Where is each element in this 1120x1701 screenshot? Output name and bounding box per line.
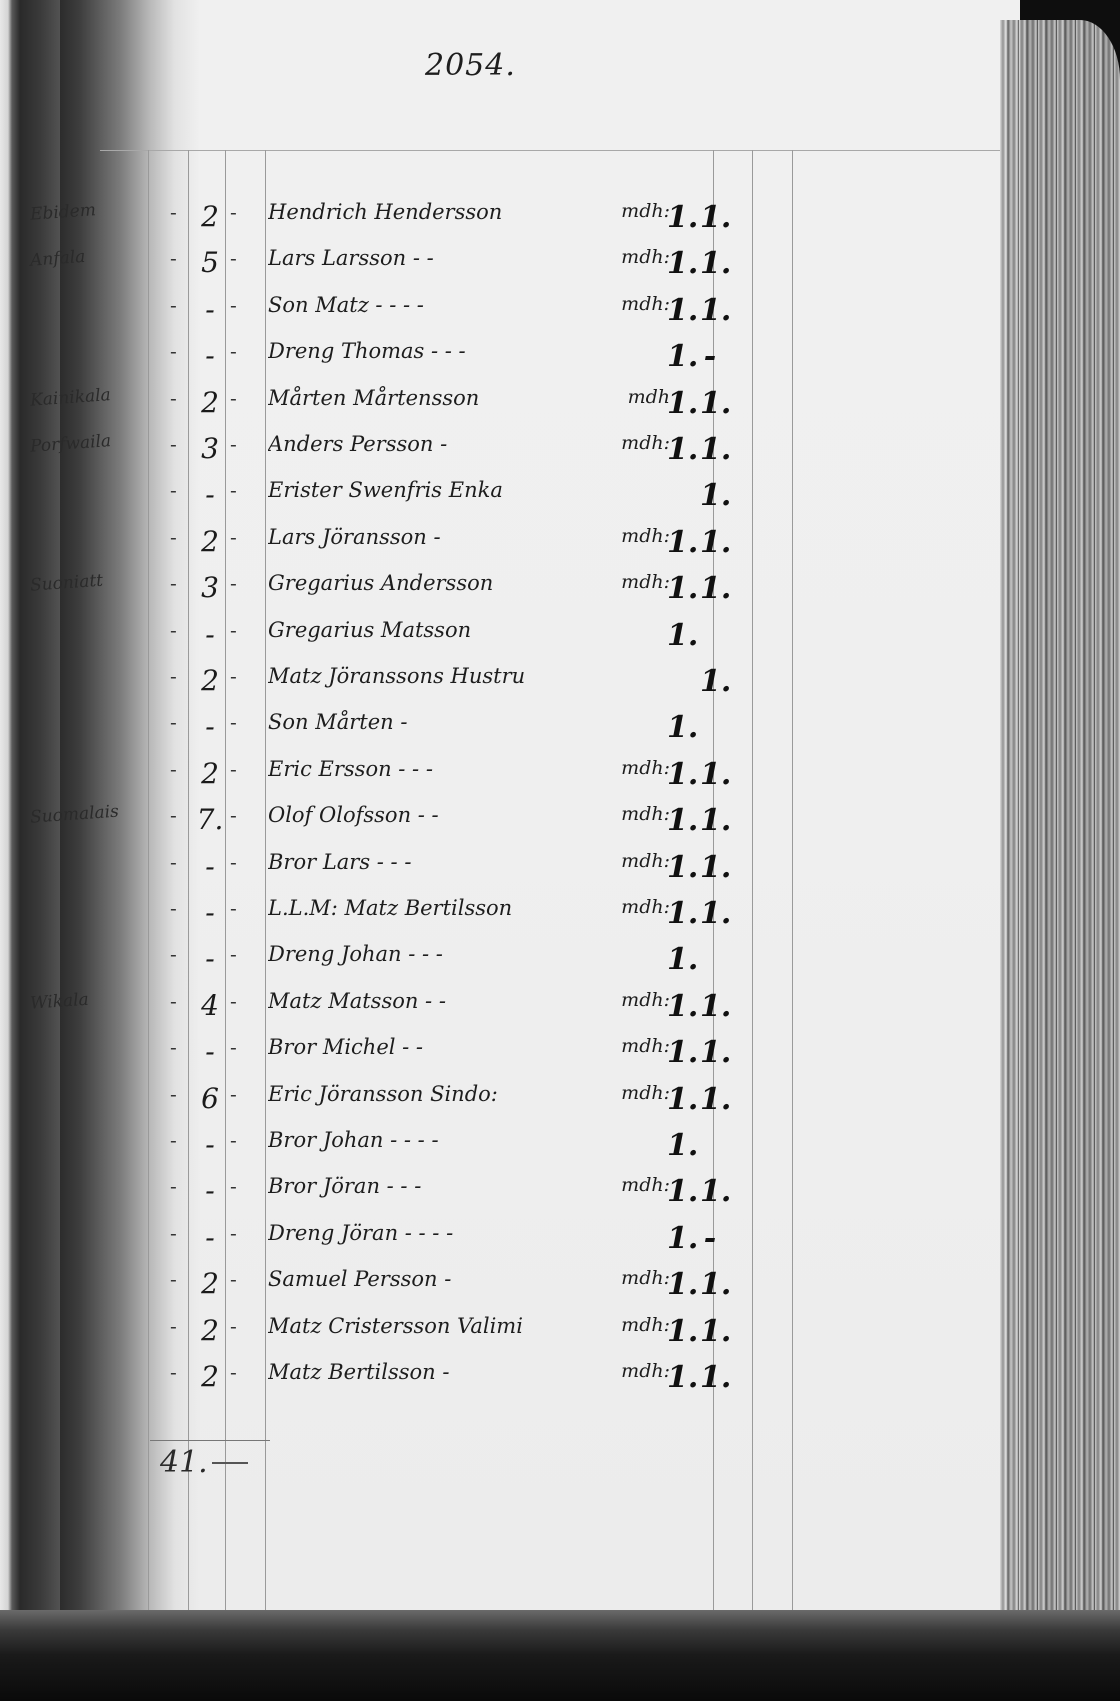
tally-mark-1: 1. <box>667 1035 687 1070</box>
tally-mark-1: 1. <box>667 1128 687 1163</box>
tally-mark-2: 1. <box>700 386 720 421</box>
dash-separator: - <box>230 478 237 502</box>
total-rule <box>150 1440 270 1441</box>
household-count: - <box>195 1174 225 1207</box>
person-name: Bror Johan - - - - <box>268 1128 628 1152</box>
marital-status: mdh: <box>585 896 670 918</box>
household-count: 7. <box>195 803 225 836</box>
page-fore-edge <box>1000 20 1120 1620</box>
tally-mark-1: 1. <box>667 1314 687 1349</box>
table-row: ---Dreng Thomas - - -1.- <box>0 339 1000 375</box>
tally-mark-2: 1. <box>700 664 720 699</box>
household-count: 2 <box>195 1267 225 1300</box>
table-row: --2Samuel Persson -mdh:1.1. <box>0 1267 1000 1303</box>
tally-mark-2: - <box>700 1221 720 1256</box>
table-row: --6Eric Jöransson Sindo:mdh:1.1. <box>0 1082 1000 1118</box>
tally-mark-2: 1. <box>700 200 720 235</box>
table-row: ---Bror Johan - - - -1. <box>0 1128 1000 1164</box>
marital-status: mdh: <box>585 1035 670 1057</box>
page-bottom-edge <box>0 1610 1120 1701</box>
tally-mark-2: 1. <box>700 1174 720 1209</box>
table-row: --2Lars Jöransson -mdh:1.1. <box>0 525 1000 561</box>
household-count: 2 <box>195 664 225 697</box>
person-name: Matz Jöranssons Hustru <box>268 664 628 688</box>
person-name: Samuel Persson - <box>268 1267 628 1291</box>
household-count: - <box>195 339 225 372</box>
dash-separator: - <box>230 664 237 688</box>
dash-separator: - <box>230 386 237 410</box>
table-row: ---Bror Michel - -mdh:1.1. <box>0 1035 1000 1071</box>
household-count: - <box>195 618 225 651</box>
table-row: ---Dreng Johan - - -1. <box>0 942 1000 978</box>
dash-separator: - <box>170 850 177 874</box>
household-count: - <box>195 293 225 326</box>
dash-separator: - <box>170 293 177 317</box>
marital-status: mdh: <box>585 525 670 547</box>
household-count: 6 <box>195 1082 225 1115</box>
person-name: Gregarius Matsson <box>268 618 628 642</box>
tally-mark-2: 1. <box>700 1082 720 1117</box>
tally-mark-1: 1. <box>667 989 687 1024</box>
dash-separator: - <box>230 200 237 224</box>
household-count: 2 <box>195 1360 225 1393</box>
tally-mark-1: 1. <box>667 571 687 606</box>
tally-mark-1: 1. <box>667 339 687 374</box>
table-row: --2Matz Cristersson Valimimdh:1.1. <box>0 1314 1000 1350</box>
table-row: ---Bror Jöran - - -mdh:1.1. <box>0 1174 1000 1210</box>
dash-separator: - <box>170 246 177 270</box>
marital-status: mdh: <box>585 757 670 779</box>
dash-separator: - <box>230 246 237 270</box>
dash-separator: - <box>170 1267 177 1291</box>
table-row: --Anfala5Lars Larsson - -mdh:1.1. <box>0 246 1000 282</box>
person-name: Olof Olofsson - - <box>268 803 628 827</box>
table-row: ---Erister Swenfris Enka1. <box>0 478 1000 514</box>
tally-mark-1: 1. <box>667 386 687 421</box>
person-name: Hendrich Hendersson <box>268 200 628 224</box>
table-row: --Ebidem2Hendrich Henderssonmdh:1.1. <box>0 200 1000 236</box>
household-count: 2 <box>195 1314 225 1347</box>
household-count: - <box>195 850 225 883</box>
page-number: 2054. <box>425 48 516 83</box>
person-name: Dreng Johan - - - <box>268 942 628 966</box>
household-count: - <box>195 710 225 743</box>
tally-mark-1: 1. <box>667 432 687 467</box>
marital-status: mdh: <box>585 200 670 222</box>
marital-status: mdh: <box>585 571 670 593</box>
tally-mark-2: 1. <box>700 432 720 467</box>
marital-status: mdh: <box>585 432 670 454</box>
household-total: 41. <box>160 1445 208 1480</box>
marital-status: mdh: <box>585 1360 670 1382</box>
person-name: Son Matz - - - - <box>268 293 628 317</box>
household-count: 2 <box>195 386 225 419</box>
household-count: 5 <box>195 246 225 279</box>
person-name: Matz Cristersson Valimi <box>268 1314 628 1338</box>
place-name: Suoniatt <box>29 567 165 596</box>
table-row: --2Matz Jöranssons Hustru1. <box>0 664 1000 700</box>
household-count: - <box>195 1128 225 1161</box>
tally-mark-1: 1. <box>667 1267 687 1302</box>
dash-separator: - <box>170 989 177 1013</box>
person-name: Anders Persson - <box>268 432 628 456</box>
place-name: Suomalais <box>29 799 165 828</box>
dash-separator: - <box>230 1360 237 1384</box>
tally-mark-2: 1. <box>700 1035 720 1070</box>
dash-separator: - <box>230 1174 237 1198</box>
tally-mark-1: 1. <box>667 525 687 560</box>
tally-mark-1: 1. <box>667 246 687 281</box>
person-name: Lars Larsson - - <box>268 246 628 270</box>
marital-status: mdh: <box>585 850 670 872</box>
table-row: ---Bror Lars - - -mdh:1.1. <box>0 850 1000 886</box>
dash-separator: - <box>230 1035 237 1059</box>
dash-separator: - <box>170 1360 177 1384</box>
tally-mark-2: 1. <box>700 246 720 281</box>
person-name: L.L.M: Matz Bertilsson <box>268 896 628 920</box>
dash-separator: - <box>230 710 237 734</box>
tally-mark-2: 1. <box>700 757 720 792</box>
tally-mark-2: 1. <box>700 571 720 606</box>
marital-status: mdh <box>585 386 670 408</box>
tally-mark-1: 1. <box>667 803 687 838</box>
dash-separator: - <box>170 896 177 920</box>
dash-separator: - <box>230 757 237 781</box>
dash-separator: - <box>170 710 177 734</box>
dash-separator: - <box>170 571 177 595</box>
person-name: Eric Jöransson Sindo: <box>268 1082 628 1106</box>
table-row: --Suoniatt3Gregarius Anderssonmdh:1.1. <box>0 571 1000 607</box>
tally-mark-2: 1. <box>700 525 720 560</box>
marital-status: mdh: <box>585 1314 670 1336</box>
marital-status: mdh: <box>585 246 670 268</box>
person-name: Bror Michel - - <box>268 1035 628 1059</box>
person-name: Son Mårten - <box>268 710 628 734</box>
household-count: - <box>195 1035 225 1068</box>
tally-mark-1: 1. <box>667 200 687 235</box>
household-count: - <box>195 942 225 975</box>
tally-mark-2: 1. <box>700 293 720 328</box>
person-name: Eric Ersson - - - <box>268 757 628 781</box>
person-name: Bror Lars - - - <box>268 850 628 874</box>
household-count: 3 <box>195 432 225 465</box>
household-count: 2 <box>195 200 225 233</box>
dash-separator: - <box>170 1128 177 1152</box>
dash-separator: - <box>230 618 237 642</box>
dash-separator: - <box>230 571 237 595</box>
dash-separator: - <box>230 1082 237 1106</box>
household-count: - <box>195 896 225 929</box>
table-row: ---L.L.M: Matz Bertilssonmdh:1.1. <box>0 896 1000 932</box>
dash-separator: - <box>170 432 177 456</box>
person-name: Erister Swenfris Enka <box>268 478 628 502</box>
place-name: Kainikala <box>29 381 165 410</box>
household-count: - <box>195 1221 225 1254</box>
household-count: - <box>195 478 225 511</box>
place-name: Ebidem <box>29 195 165 224</box>
table-row: --2Matz Bertilsson -mdh:1.1. <box>0 1360 1000 1396</box>
dash-separator: - <box>170 386 177 410</box>
household-count: 4 <box>195 989 225 1022</box>
marital-status: mdh: <box>585 293 670 315</box>
tally-mark-1: 1. <box>667 757 687 792</box>
tally-mark-2: 1. <box>700 1314 720 1349</box>
dash-separator: - <box>170 478 177 502</box>
tally-mark-1: 1. <box>667 942 687 977</box>
household-count: 2 <box>195 757 225 790</box>
person-name: Matz Matsson - - <box>268 989 628 1013</box>
tally-mark-2: 1. <box>700 896 720 931</box>
household-count: 2 <box>195 525 225 558</box>
table-row: ---Dreng Jöran - - - -1.- <box>0 1221 1000 1257</box>
table-row: --Suomalais7.Olof Olofsson - -mdh:1.1. <box>0 803 1000 839</box>
dash-separator: - <box>230 896 237 920</box>
person-name: Bror Jöran - - - <box>268 1174 628 1198</box>
tally-mark-1: 1. <box>667 618 687 653</box>
header-rule <box>100 150 1000 151</box>
table-row: --Kainikala2Mårten Mårtenssonmdh1.1. <box>0 386 1000 422</box>
person-name: Mårten Mårtensson <box>268 386 628 410</box>
dash-separator: - <box>170 664 177 688</box>
dash-separator: - <box>170 618 177 642</box>
marital-status: mdh: <box>585 1174 670 1196</box>
place-name: Porfwaila <box>29 427 165 456</box>
dash-separator: - <box>170 1174 177 1198</box>
person-name: Lars Jöransson - <box>268 525 628 549</box>
table-row: --Porfwaila3Anders Persson -mdh:1.1. <box>0 432 1000 468</box>
tally-mark-1: 1. <box>667 1174 687 1209</box>
tally-mark-2: 1. <box>700 989 720 1024</box>
tally-mark-2: - <box>700 339 720 374</box>
dash-separator: - <box>170 803 177 827</box>
tally-mark-2: 1. <box>700 850 720 885</box>
dash-separator: - <box>230 803 237 827</box>
dash-separator: - <box>170 1035 177 1059</box>
marital-status: mdh: <box>585 1082 670 1104</box>
dash-separator: - <box>230 339 237 363</box>
dash-separator: - <box>230 1314 237 1338</box>
table-row: ---Son Mårten -1. <box>0 710 1000 746</box>
dash-separator: - <box>230 989 237 1013</box>
marital-status: mdh: <box>585 1267 670 1289</box>
tally-mark-1: 1. <box>667 1360 687 1395</box>
dash-separator: - <box>230 942 237 966</box>
tally-mark-1: 1. <box>667 293 687 328</box>
tally-mark-2: 1. <box>700 1267 720 1302</box>
dash-separator: - <box>230 850 237 874</box>
household-count: 3 <box>195 571 225 604</box>
total-underline <box>212 1462 248 1464</box>
place-name: Wikala <box>29 984 165 1013</box>
dash-separator: - <box>170 1221 177 1245</box>
dash-separator: - <box>230 1267 237 1291</box>
tally-mark-1: 1. <box>667 710 687 745</box>
dash-separator: - <box>170 339 177 363</box>
dash-separator: - <box>170 525 177 549</box>
tally-mark-2: 1. <box>700 1360 720 1395</box>
dash-separator: - <box>230 432 237 456</box>
dash-separator: - <box>170 1082 177 1106</box>
tally-mark-1: 1. <box>667 850 687 885</box>
tally-mark-1: 1. <box>667 1082 687 1117</box>
person-name: Gregarius Andersson <box>268 571 628 595</box>
table-row: ---Son Matz - - - -mdh:1.1. <box>0 293 1000 329</box>
tally-mark-2: 1. <box>700 803 720 838</box>
dash-separator: - <box>230 525 237 549</box>
dash-separator: - <box>230 1221 237 1245</box>
person-name: Dreng Thomas - - - <box>268 339 628 363</box>
marital-status: mdh: <box>585 989 670 1011</box>
marital-status: mdh: <box>585 803 670 825</box>
person-name: Matz Bertilsson - <box>268 1360 628 1384</box>
table-row: --Wikala4Matz Matsson - -mdh:1.1. <box>0 989 1000 1025</box>
person-name: Dreng Jöran - - - - <box>268 1221 628 1245</box>
tally-mark-1: 1. <box>667 896 687 931</box>
dash-separator: - <box>230 293 237 317</box>
table-row: ---Gregarius Matsson1. <box>0 618 1000 654</box>
place-name: Anfala <box>29 242 165 271</box>
tally-mark-1: 1. <box>667 1221 687 1256</box>
dash-separator: - <box>230 1128 237 1152</box>
table-row: --2Eric Ersson - - -mdh:1.1. <box>0 757 1000 793</box>
dash-separator: - <box>170 1314 177 1338</box>
dash-separator: - <box>170 757 177 781</box>
tally-mark-2: 1. <box>700 478 720 513</box>
dash-separator: - <box>170 942 177 966</box>
dash-separator: - <box>170 200 177 224</box>
